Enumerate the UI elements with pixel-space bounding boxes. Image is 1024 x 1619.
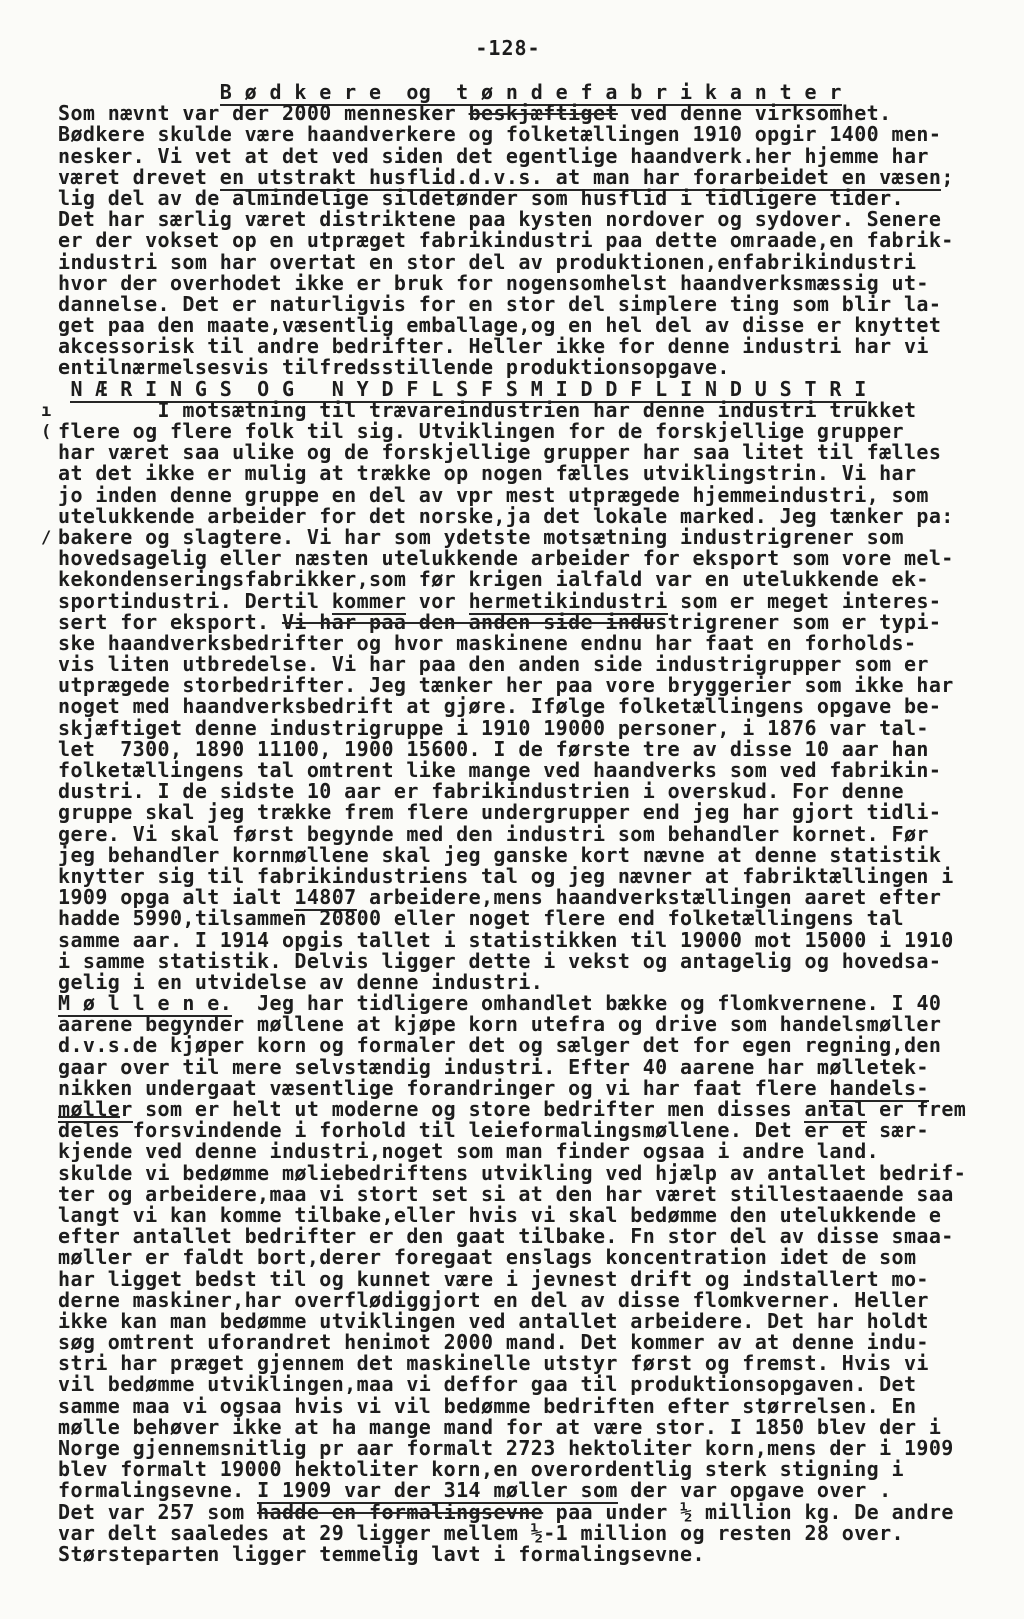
text-line: været drevet en utstrakt husflid.d.v.s. … xyxy=(58,167,1004,188)
text-line: sportindustri. Dertil kommer vor hermeti… xyxy=(58,591,1004,612)
text-line: jo inden denne gruppe en del av vpr mest… xyxy=(58,485,1004,506)
text-line: entilnærmelsesvis tilfredsstillende prod… xyxy=(58,357,1004,378)
text-line: formalingsevne. I 1909 var der 314 mølle… xyxy=(58,1480,1004,1501)
text-line: samme maa vi ogsaa hvis vi vil bedømme b… xyxy=(58,1396,1004,1417)
text-line: blev formalt 19000 hektoliter korn,en ov… xyxy=(58,1459,1004,1480)
text-line: sert for eksport. Vi har paa den anden s… xyxy=(58,612,1004,633)
text-line: skjæftiget denne industrigruppe i 1910 1… xyxy=(58,718,1004,739)
text-line: efter antallet bedrifter er den gaat til… xyxy=(58,1226,1004,1247)
text-line: /bakere og slagtere. Vi har som ydetste … xyxy=(58,527,1004,548)
text-line: hadde 5990,tilsammen 20800 eller noget f… xyxy=(58,908,1004,929)
text-line: deles forsvindende i forhold til leiefor… xyxy=(58,1120,1004,1141)
text-line: skulde vi bedømme møliebedriftens utvikl… xyxy=(58,1163,1004,1184)
text-line: møller er faldt bort,derer foregaat ensl… xyxy=(58,1247,1004,1268)
text-line: kekondenseringsfabrikker,som før krigen … xyxy=(58,569,1004,590)
text-line: folketællingens tal omtrent like mange v… xyxy=(58,760,1004,781)
text-line: dannelse. Det er naturligvis for en stor… xyxy=(58,294,1004,315)
text-line: ter og arbeidere,maa vi stort set si at … xyxy=(58,1184,1004,1205)
text-line: langt vi kan komme tilbake,eller hvis vi… xyxy=(58,1205,1004,1226)
text-line: lig del av de almindelige sildetønder so… xyxy=(58,188,1004,209)
text-line: hovedsagelig eller næsten utelukkende ar… xyxy=(58,548,1004,569)
text-line: vis liten utbredelse. Vi har paa den and… xyxy=(58,654,1004,675)
text-line: get paa den maate,væsentlig emballage,og… xyxy=(58,315,1004,336)
text-line: samme aar. I 1914 opgis tallet i statist… xyxy=(58,930,1004,951)
text-line: er der vokset op en utpræget fabrikindus… xyxy=(58,230,1004,251)
document-page: -128- B ø d k e r e og t ø n d e f a b r… xyxy=(0,0,1024,1565)
text-line: Bødkere skulde være haandverkere og folk… xyxy=(58,124,1004,145)
text-line: utprægede storbedrifter. Jeg tænker her … xyxy=(58,675,1004,696)
page-number: -128- xyxy=(58,36,958,60)
text-line: jeg behandler kornmøllene skal jeg gansk… xyxy=(58,845,1004,866)
text-line: vil bedømme utviklingen,maa vi deffor ga… xyxy=(58,1374,1004,1395)
text-line: gere. Vi skal først begynde med den indu… xyxy=(58,824,1004,845)
margin-annotation-mark: / xyxy=(41,528,52,549)
text-line: Det var 257 som hadde en formalingsevne … xyxy=(58,1502,1004,1523)
margin-annotation-mark: ( xyxy=(41,422,52,443)
text-line: (flere og flere folk til sig. Utviklinge… xyxy=(58,421,1004,442)
text-line: ske haandverksbedrifter og hvor maskinen… xyxy=(58,633,1004,654)
text-line: kjende ved denne industri,noget som man … xyxy=(58,1141,1004,1162)
text-line: ikke kan man bedømme utviklingen ved ant… xyxy=(58,1311,1004,1332)
text-line: gruppe skal jeg trække frem flere underg… xyxy=(58,802,1004,823)
text-line: har ligget bedst til og kunnet være i je… xyxy=(58,1269,1004,1290)
text-line: let 7300, 1890 11100, 1900 15600. I de f… xyxy=(58,739,1004,760)
text-line: d.v.s.de kjøper korn og formaler det og … xyxy=(58,1035,1004,1056)
text-line: Det har særlig været distriktene paa kys… xyxy=(58,209,1004,230)
text-line: har været saa ulike og de forskjellige g… xyxy=(58,442,1004,463)
text-line: aarene begynder møllene at kjøpe korn ut… xyxy=(58,1014,1004,1035)
text-line: gelig i en utvidelse av denne industri. xyxy=(58,972,1004,993)
text-line: industri som har overtat en stor del av … xyxy=(58,252,1004,273)
section-heading: N Æ R I N G S O G N Y D F L S F S M I D … xyxy=(58,379,1004,400)
text-line: i samme statistik. Delvis ligger dette i… xyxy=(58,951,1004,972)
subsection-heading: M ø l l e n e. Jeg har tidligere omhandl… xyxy=(58,993,1004,1014)
text-line: dustri. I de sidste 10 aar er fabrikindu… xyxy=(58,781,1004,802)
text-line: utelukkende arbeider for det norske,ja d… xyxy=(58,506,1004,527)
text-line: var delt saaledes at 29 ligger mellem ½-… xyxy=(58,1523,1004,1544)
text-line: gaar over til mere selvstændig industri.… xyxy=(58,1057,1004,1078)
text-line: at det ikke er mulig at trække op nogen … xyxy=(58,463,1004,484)
text-line: ı I motsætning til trævareindustrien har… xyxy=(58,400,1004,421)
text-line: Størsteparten ligger temmelig lavt i for… xyxy=(58,1544,1004,1565)
text-line: nesker. Vi vet at det ved siden det egen… xyxy=(58,146,1004,167)
text-line: 1909 opga alt ialt 14807 arbeidere,mens … xyxy=(58,887,1004,908)
text-line: mølle behøver ikke at ha mange mand for … xyxy=(58,1417,1004,1438)
text-line: stri har præget gjennem det maskinelle u… xyxy=(58,1353,1004,1374)
text-line: knytter sig til fabrikindustriens tal og… xyxy=(58,866,1004,887)
text-line: Norge gjennemsnitlig pr aar formalt 2723… xyxy=(58,1438,1004,1459)
text-line: søg omtrent uforandret henimot 2000 mand… xyxy=(58,1332,1004,1353)
page-body: B ø d k e r e og t ø n d e f a b r i k a… xyxy=(58,82,1004,1565)
text-line: noget med haandverksbedrift at gjøre. If… xyxy=(58,696,1004,717)
text-line: møller som er helt ut moderne og store b… xyxy=(58,1099,1004,1120)
margin-annotation-mark: ı xyxy=(41,401,52,422)
text-line: nikken undergaat væsentlige forandringer… xyxy=(58,1078,1004,1099)
text-line: akcessorisk til andre bedrifter. Heller … xyxy=(58,336,1004,357)
document-title: B ø d k e r e og t ø n d e f a b r i k a… xyxy=(58,82,1004,103)
text-line: derne maskiner,har overflødiggjort en de… xyxy=(58,1290,1004,1311)
text-line: hvor der overhodet ikke er bruk for noge… xyxy=(58,273,1004,294)
text-line: Som nævnt var der 2000 mennesker beskjæf… xyxy=(58,103,1004,124)
